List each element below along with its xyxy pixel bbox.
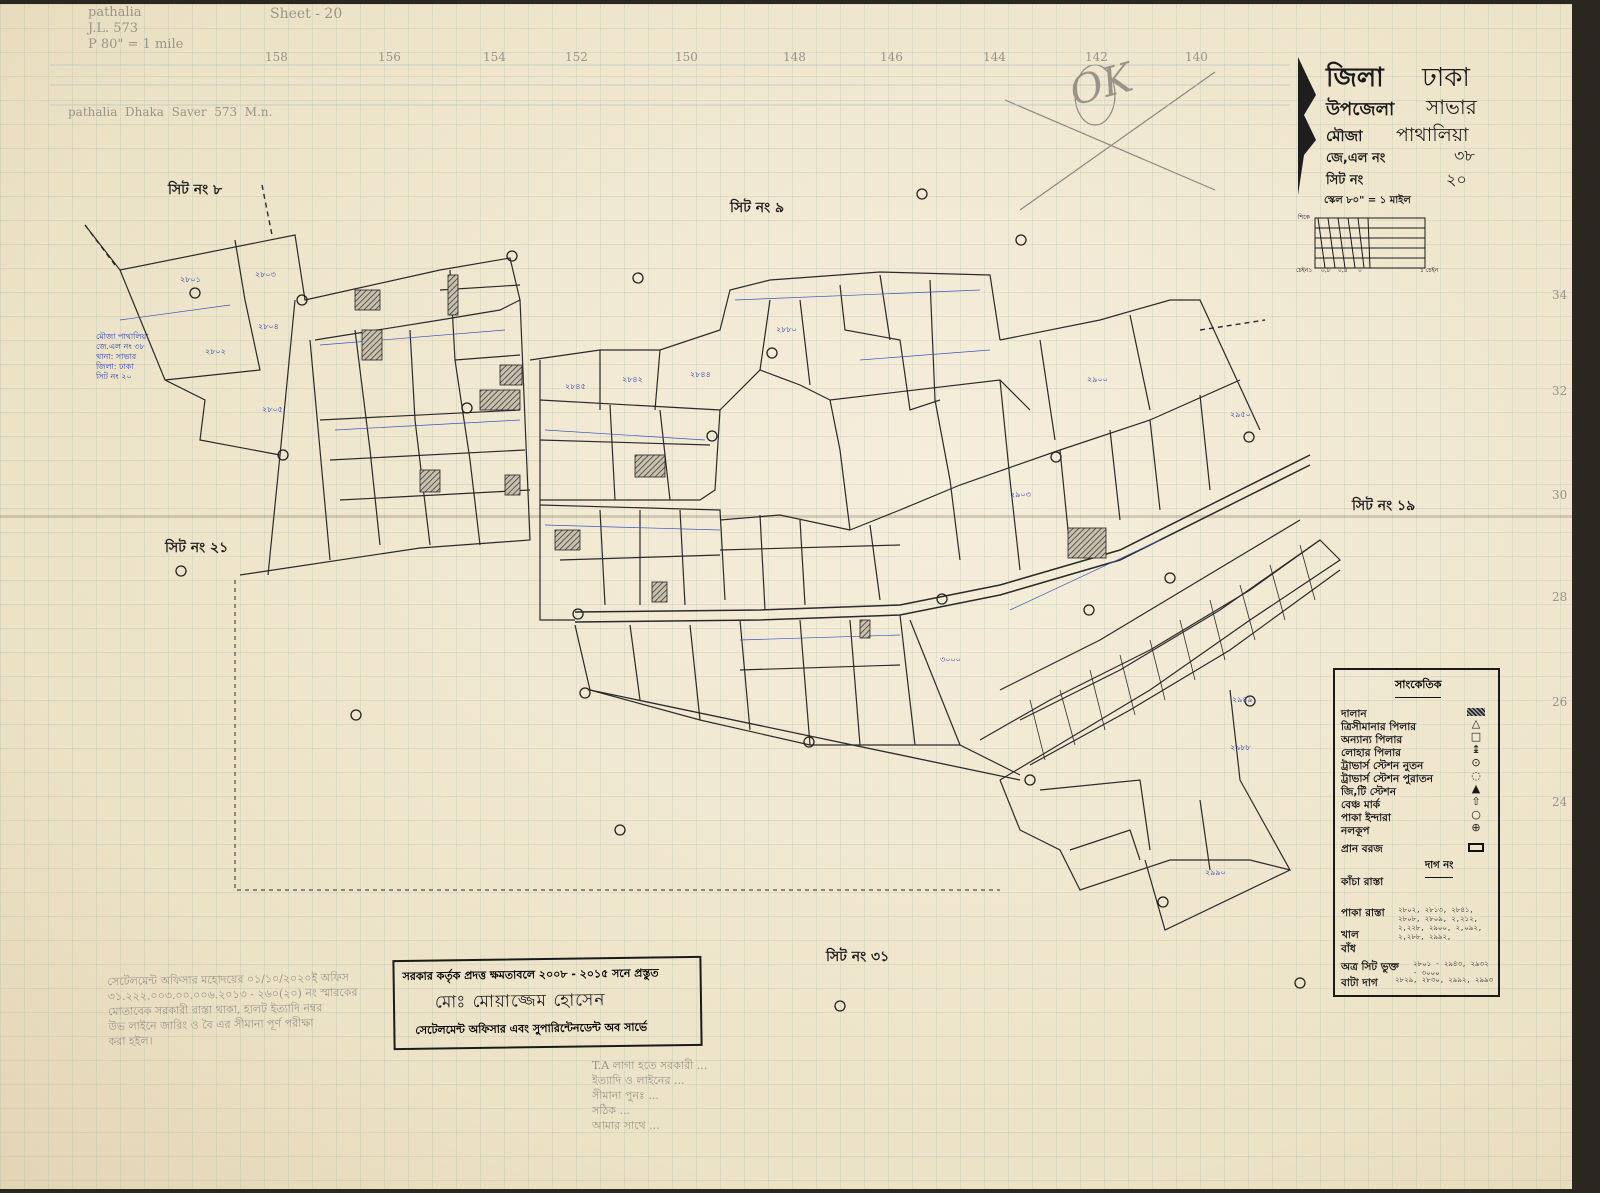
certification-statement: সরকার কর্তৃক প্রদত্ত ক্ষমতাবলে ২০০৮ - ২০… <box>402 964 658 987</box>
parcel-number: ২৮০৪ <box>258 322 279 332</box>
pencil-line: pathalia <box>88 5 183 21</box>
ruler-tick: 30 <box>1552 488 1567 502</box>
road-legend-item: পাকা রাস্তা <box>1341 906 1385 923</box>
scale-bar-label: শিকে <box>1298 213 1310 223</box>
ruler-tick: 144 <box>983 50 1006 64</box>
bata-dag-list: ২৮২৯, ২৮৩০, ২৯৯২, ২৯৯৩ <box>1395 976 1495 985</box>
ruler-tick: 140 <box>1185 50 1208 64</box>
note-line: জে.এল নং ৩৮ <box>96 342 149 352</box>
legend-title: সাংকেতিক <box>1395 676 1441 698</box>
left-margin-note: মৌজা পাথালিয়া জে.এল নং ৩৮ থানা: সাভার জ… <box>96 332 149 382</box>
jl-value: ৩৮ <box>1454 143 1475 170</box>
adjacent-sheet-label: সিট নং ১৯ <box>1352 494 1415 518</box>
officer-designation: সেটেলমেন্ট অফিসার এবং সুপারিন্টেনডেন্ট অ… <box>415 1019 647 1041</box>
adjacent-sheet-label: সিট নং ৮ <box>168 178 222 202</box>
north-arrow-icon <box>1296 55 1326 195</box>
parcel-number: ২৯৫০ <box>1230 410 1251 420</box>
dag-number-header: দাগ নং <box>1425 858 1453 878</box>
parcel-number: ২৯০০ <box>1087 375 1108 385</box>
sheet-no-label: সিট নং <box>1326 171 1363 192</box>
sheet-no-value: ২০ <box>1446 167 1467 194</box>
legend-box: সাংকেতিক দালান ত্রিসীমানার পিলার △ অন্যা… <box>1333 668 1500 997</box>
ruler-tick: 148 <box>783 50 806 64</box>
ruler-tick: 28 <box>1552 590 1567 604</box>
adjacent-sheet-label: সিট নং ৩১ <box>826 945 889 969</box>
officer-signature: মোঃ মোয়াজ্জেম হোসেন <box>435 987 606 1017</box>
scale-bar-row-labels: শিকে <box>1298 213 1310 223</box>
tri-junction-pillar-icon: △ <box>1467 717 1485 730</box>
title-block: জিলা ঢাকা উপজেলা সাভার মৌজা পাথালিয়া জে… <box>1296 55 1526 285</box>
road-legend-item: কাঁচা রাস্তা <box>1341 875 1383 892</box>
note-line: মৌজা পাথালিয়া <box>96 332 149 342</box>
road-dag-list: ২৮০২, ২৮১৩, ২৮৪১, ২৮০৮, ২৮০৯, ২,২১২, ২,২… <box>1398 906 1493 942</box>
ledger-cell: Dhaka <box>125 105 164 119</box>
sheet-pencil-label: Sheet - 20 <box>270 6 342 22</box>
parcel-number: ২৮৪৫ <box>565 382 586 392</box>
parcel-number: ২৮৪৪ <box>690 370 711 380</box>
other-pillar-icon: □ <box>1467 730 1485 743</box>
ruler-tick: 150 <box>675 50 698 64</box>
upazila-label: উপজেলা <box>1326 95 1394 126</box>
scale-label: স্কেল ৮০" = ১ মাইল <box>1324 193 1411 210</box>
parcel-number: ২৮৮০ <box>776 325 797 335</box>
note-line: সিট নং ২০ <box>96 372 149 382</box>
certification-box: সরকার কর্তৃক প্রদত্ত ক্ষমতাবলে ২০০৮ - ২০… <box>392 956 702 1050</box>
ruler-tick: 154 <box>483 50 506 64</box>
betel-garden-icon <box>1467 842 1485 855</box>
scale-bar-tick: ০,৪ <box>1338 265 1348 276</box>
parcel-number: ২৯০৩ <box>1010 490 1031 500</box>
pucca-well-icon: ○ <box>1467 808 1485 821</box>
scale-bar-tick: ০,৮ <box>1321 265 1331 276</box>
pencil-line: J.L. 573 <box>88 21 183 37</box>
adjacent-sheet-label: সিট নং ২১ <box>165 536 228 560</box>
ruler-tick: 32 <box>1552 384 1567 398</box>
ruler-tick: 146 <box>880 50 903 64</box>
ruler-tick: 156 <box>378 50 401 64</box>
correction-note: সেটেলমেন্ট অফিসার মহোদয়ের ০১/১০/২০২০ই অ… <box>107 970 358 1049</box>
note-line: সীমানা পুনঃ ... <box>592 1088 707 1103</box>
parcel-number: ২৮০২ <box>205 347 226 357</box>
parcel-number: ২৮০১ <box>180 275 201 285</box>
traverse-station-old-icon: ◌ <box>1467 769 1485 782</box>
gt-station-icon: ▲ <box>1467 782 1485 795</box>
scale-bar-chain-left: চেইন১ <box>1296 265 1312 276</box>
ta-note: T.A লাগা হতে সরকারী ... ইত্যাদি ও লাইনের… <box>592 1058 707 1133</box>
parcel-number: ২৮৪২ <box>622 375 643 385</box>
scale-bar-chain-right: ১ চেইন <box>1420 265 1438 276</box>
ledger-cell: 573 <box>214 105 237 119</box>
parcel-number: ২৯৮৮ <box>1230 743 1251 753</box>
legend-item: নলকূপ <box>1341 824 1370 841</box>
bench-mark-icon: ⇧ <box>1467 795 1485 808</box>
note-line: সঠিক ... <box>592 1103 707 1118</box>
iron-pillar-icon: ↨ <box>1467 743 1485 756</box>
ledger-cell: M.n. <box>245 105 273 119</box>
ruler-tick: 34 <box>1552 288 1567 302</box>
traverse-station-new-icon: ⊙ <box>1467 756 1485 769</box>
ruler-tick: 26 <box>1552 695 1567 709</box>
ledger-cell: Saver <box>172 105 207 119</box>
mouza-label: মৌজা <box>1326 125 1362 150</box>
parcel-number: ৩০০০ <box>940 655 961 665</box>
road-legend-item: বাটা দাগ <box>1341 976 1378 993</box>
ledger-row: pathalia Dhaka Saver 573 M.n. <box>68 105 272 119</box>
ruler-tick: 152 <box>565 50 588 64</box>
legend-item: প্রান বরজ <box>1341 842 1383 859</box>
note-line: জিলা: ঢাকা <box>96 362 149 372</box>
parcel-number: ২৯৯০ <box>1205 868 1226 878</box>
road-legend-item: বাঁধ <box>1341 942 1356 959</box>
adjacent-sheet-label: সিট নং ৯ <box>730 196 784 220</box>
parcel-number: ২৯৪৯ <box>1232 695 1253 705</box>
road-legend-item: অত্র সিট ভুক্ত <box>1341 960 1399 977</box>
ruler-tick: 24 <box>1552 795 1567 809</box>
parcel-number: ২৮০৩ <box>255 270 276 280</box>
jl-label: জে,এল নং <box>1326 149 1385 170</box>
ruler-tick: 158 <box>265 50 288 64</box>
note-line: আমার সাথে ... <box>592 1118 707 1133</box>
ledger-cell: pathalia <box>68 105 117 119</box>
note-line: ইত্যাদি ও লাইনের ... <box>592 1073 707 1088</box>
header-pencil-note: pathalia J.L. 573 P 80" = 1 mile <box>88 5 183 53</box>
note-line: থানা: সাভার <box>96 352 149 362</box>
note-line: T.A লাগা হতে সরকারী ... <box>592 1058 707 1073</box>
scale-bar-tick: ০ <box>1358 265 1362 276</box>
tubewell-icon: ⊕ <box>1467 821 1485 834</box>
parcel-number: ২৮০৫ <box>262 405 283 415</box>
pencil-line: P 80" = 1 mile <box>88 37 183 53</box>
